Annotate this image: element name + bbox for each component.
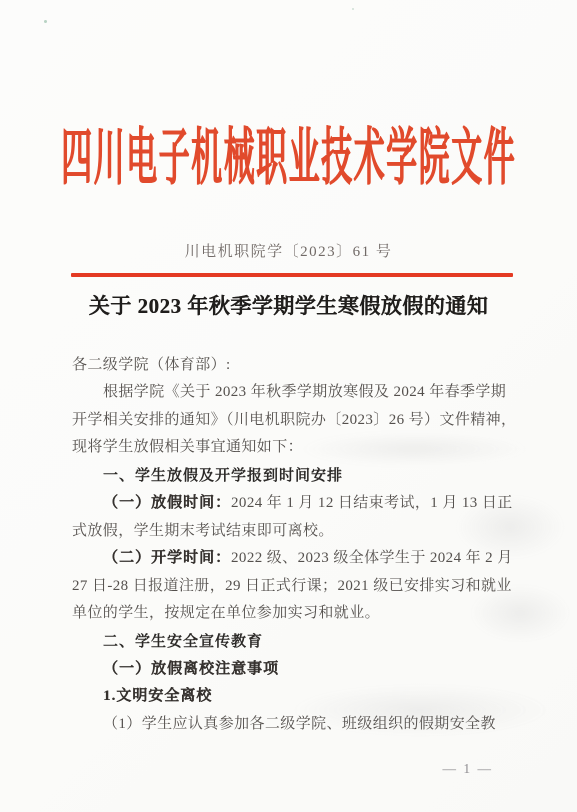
body-line: 1.文明安全离校 xyxy=(72,683,520,710)
body-line: 单位的学生，按规定在单位参加实习和就业。 xyxy=(72,600,520,627)
text-segment: （1）学生应认真参加各二级学院、班级组织的假期安全教 xyxy=(103,716,496,732)
text-segment: 现将学生放假相关事宜通知如下： xyxy=(72,439,303,455)
scanned-document-page: 四川电子机械职业技术学院文件 川电机职院学〔2023〕61 号 关于 2023 … xyxy=(0,0,577,812)
text-segment: 单位的学生，按规定在单位参加实习和就业。 xyxy=(72,605,380,621)
text-segment: 根据学院《关于 2023 年秋季学期放寒假及 2024 年春季学期 xyxy=(103,384,506,400)
text-segment: 一、学生放假及开学报到时间安排 xyxy=(103,467,343,484)
red-divider-rule xyxy=(71,273,513,277)
text-segment: （二）开学时间： xyxy=(103,550,231,566)
document-number: 川电机职院学〔2023〕61 号 xyxy=(0,240,577,261)
text-segment: 2024 年 1 月 12 日结束考试，1 月 13 日正 xyxy=(231,495,513,511)
scan-speck xyxy=(44,20,47,23)
notice-title: 关于 2023 年秋季学期学生寒假放假的通知 xyxy=(0,290,577,320)
body-line: 根据学院《关于 2023 年秋季学期放寒假及 2024 年春季学期 xyxy=(72,379,520,406)
body-line: 现将学生放假相关事宜通知如下： xyxy=(72,434,520,461)
body-line: （一）放假时间：2024 年 1 月 12 日结束考试，1 月 13 日正 xyxy=(72,490,520,517)
text-segment: 开学相关安排的通知》（川电机职院办〔2023〕26 号）文件精神， xyxy=(72,412,516,428)
text-segment: 1.文明安全离校 xyxy=(103,688,212,704)
body-line: 开学相关安排的通知》（川电机职院办〔2023〕26 号）文件精神， xyxy=(72,407,520,434)
text-segment: 27 日-28 日报道注册，29 日正式行课；2021 级已安排实习和就业 xyxy=(72,578,512,594)
text-segment: （一）放假时间： xyxy=(103,495,231,511)
body-line: 二、学生安全宣传教育 xyxy=(72,628,520,656)
scan-speck xyxy=(352,8,354,10)
body-line: 一、学生放假及开学报到时间安排 xyxy=(72,462,520,490)
document-body: 各二级学院（体育部）:根据学院《关于 2023 年秋季学期放寒假及 2024 年… xyxy=(72,352,520,738)
text-segment: 式放假，学生期末考试结束即可离校。 xyxy=(72,523,334,539)
text-segment: 二、学生安全宣传教育 xyxy=(103,633,263,650)
body-line: （二）开学时间：2022 级、2023 级全体学生于 2024 年 2 月 xyxy=(72,545,520,572)
text-segment: 各二级学院（体育部）: xyxy=(72,357,231,373)
body-line: （一）放假离校注意事项 xyxy=(72,656,520,683)
body-line: （1）学生应认真参加各二级学院、班级组织的假期安全教 xyxy=(72,711,520,738)
body-line: 27 日-28 日报道注册，29 日正式行课；2021 级已安排实习和就业 xyxy=(72,573,520,600)
letterhead-title: 四川电子机械职业技术学院文件 xyxy=(0,107,577,197)
page-number: — 1 — xyxy=(0,761,577,777)
body-line: 式放假，学生期末考试结束即可离校。 xyxy=(72,518,520,545)
body-line: 各二级学院（体育部）: xyxy=(72,352,520,379)
text-segment: 2022 级、2023 级全体学生于 2024 年 2 月 xyxy=(231,550,513,566)
text-segment: （一）放假离校注意事项 xyxy=(103,661,279,677)
